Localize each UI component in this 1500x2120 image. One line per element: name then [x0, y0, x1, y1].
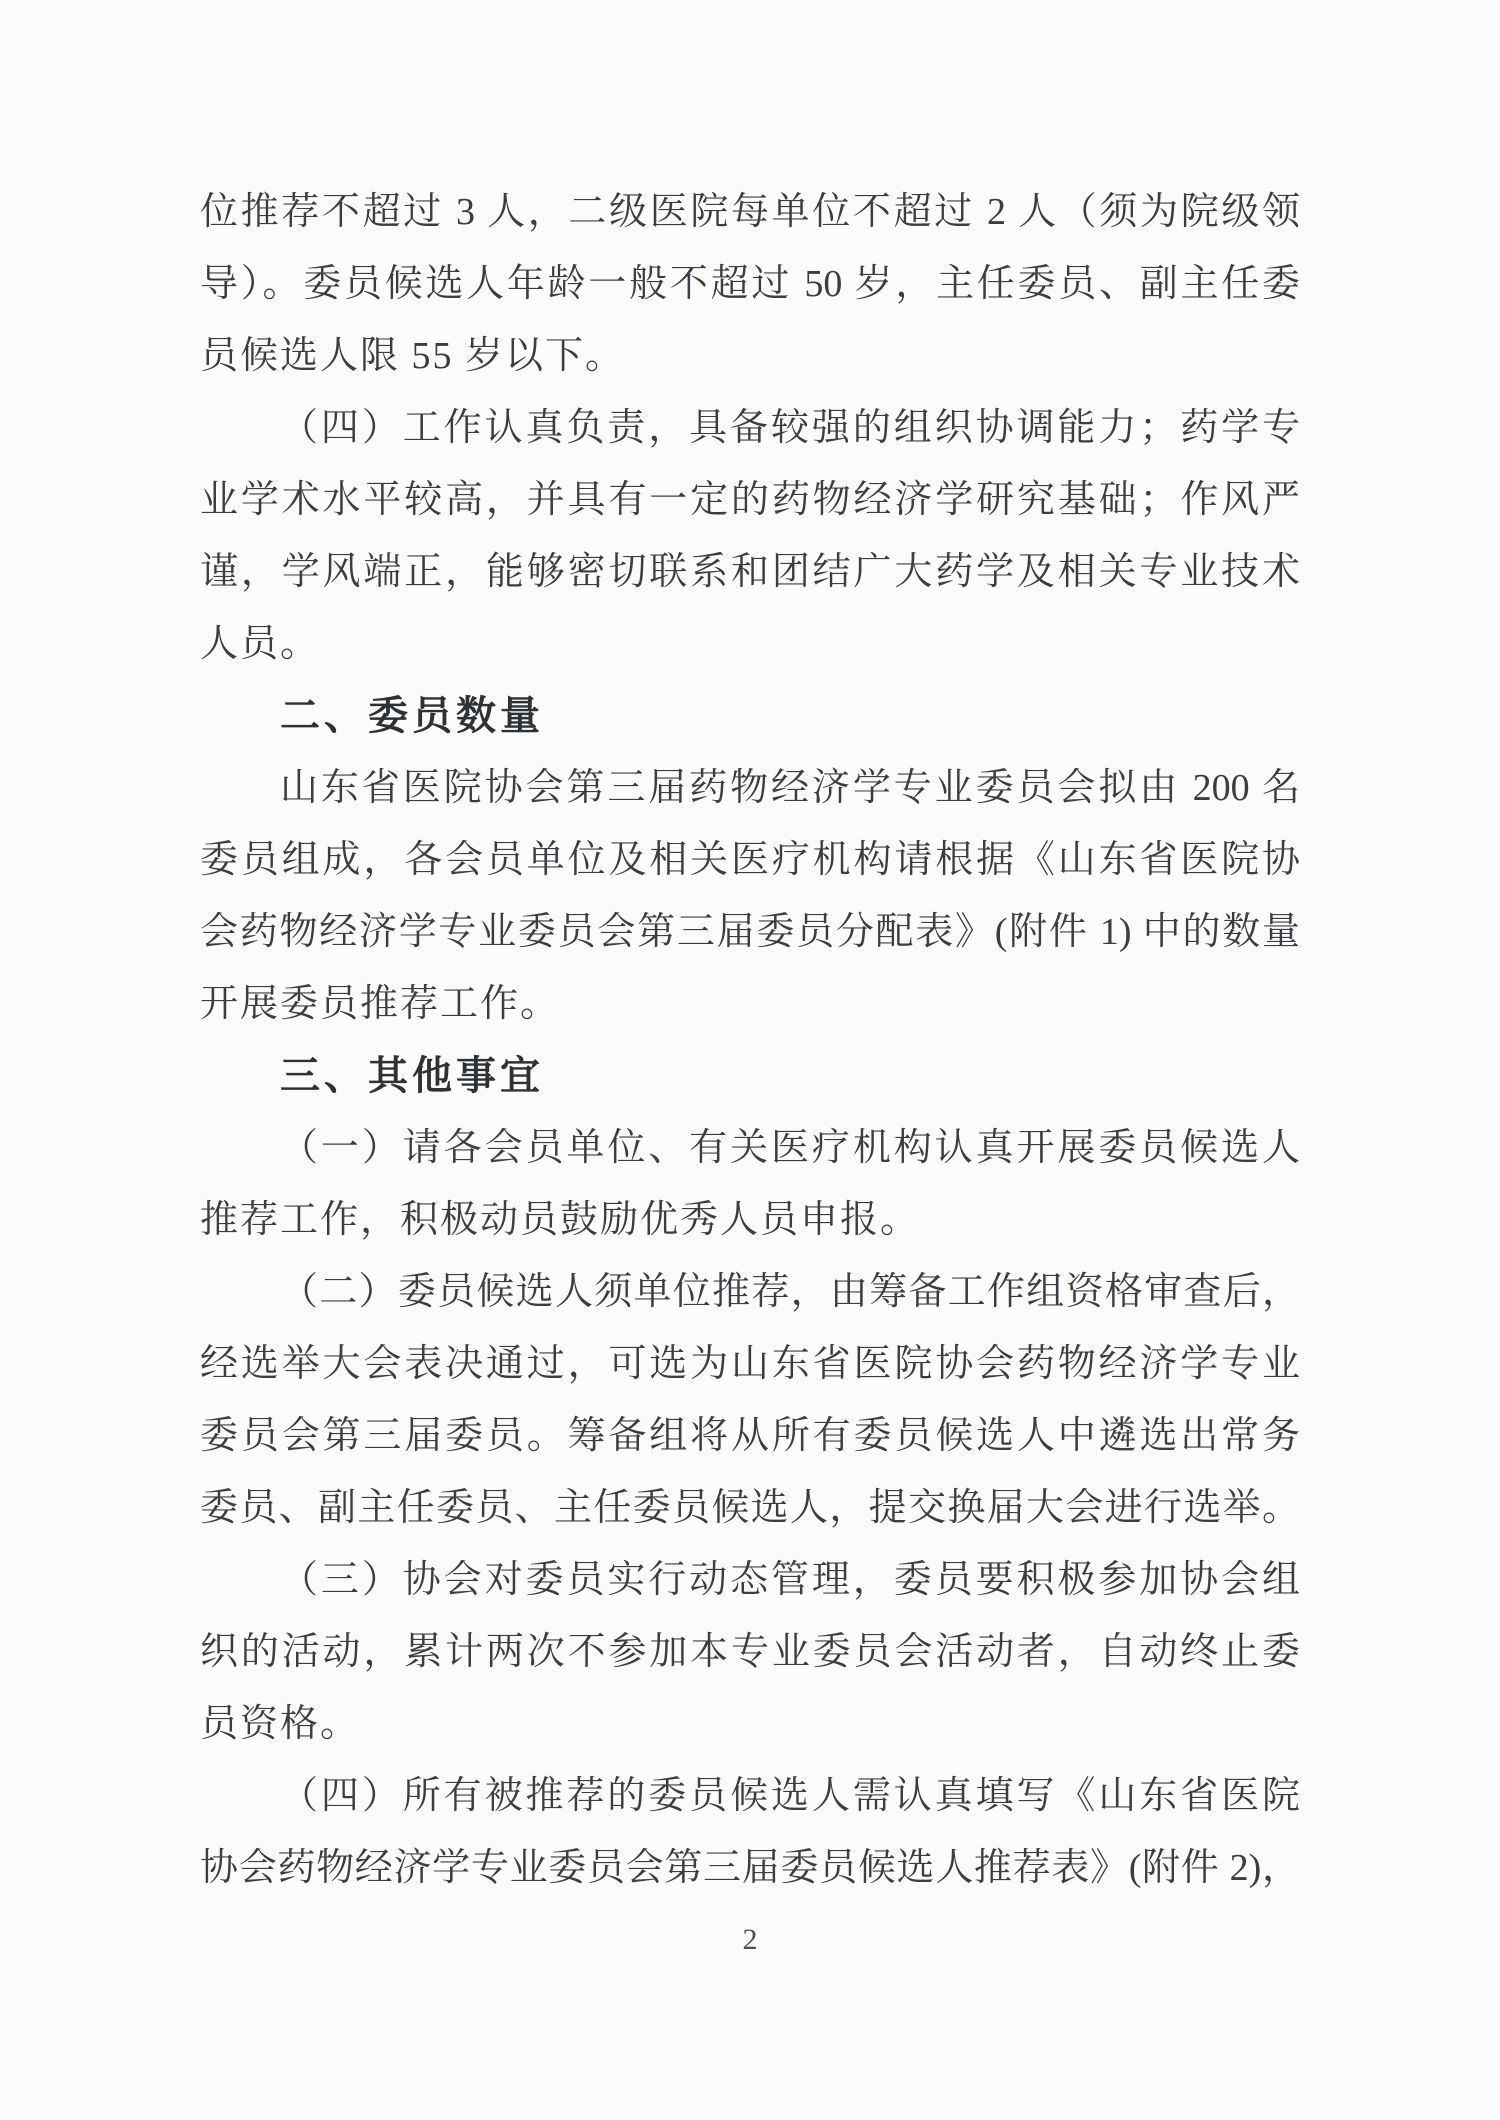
- text-line: 山东省医院协会第三届药物经济学专业委员会拟由 200 名: [200, 752, 1300, 824]
- text-line: （一）请各会员单位、有关医疗机构认真开展委员候选人: [200, 1112, 1300, 1184]
- section-heading: 三、其他事宜: [200, 1040, 1300, 1112]
- text-line: （四）工作认真负责，具备较强的组织协调能力；药学专: [200, 392, 1300, 464]
- text-line: （四）所有被推荐的委员候选人需认真填写《山东省医院: [200, 1760, 1300, 1832]
- text-line: 谨，学风端正，能够密切联系和团结广大药学及相关专业技术: [200, 536, 1300, 608]
- text-line: 推荐工作，积极动员鼓励优秀人员申报。: [200, 1184, 1300, 1256]
- text-line: 协会药物经济学专业委员会第三届委员候选人推荐表》(附件 2)，: [200, 1832, 1300, 1904]
- text-line: 业学术水平较高，并具有一定的药物经济学研究基础；作风严: [200, 464, 1300, 536]
- document-page: 位推荐不超过 3 人，二级医院每单位不超过 2 人（须为院级领导）。委员候选人年…: [0, 0, 1500, 2120]
- document-body: 位推荐不超过 3 人，二级医院每单位不超过 2 人（须为院级领导）。委员候选人年…: [200, 176, 1300, 1904]
- text-line: 员资格。: [200, 1688, 1300, 1760]
- text-line: （二）委员候选人须单位推荐，由筹备工作组资格审查后，: [200, 1256, 1300, 1328]
- section-heading: 二、委员数量: [200, 680, 1300, 752]
- text-line: 员候选人限 55 岁以下。: [200, 320, 1300, 392]
- text-line: 委员会第三届委员。筹备组将从所有委员候选人中遴选出常务: [200, 1400, 1300, 1472]
- text-line: 会药物经济学专业委员会第三届委员分配表》(附件 1) 中的数量: [200, 896, 1300, 968]
- text-line: 人员。: [200, 608, 1300, 680]
- text-line: 开展委员推荐工作。: [200, 968, 1300, 1040]
- text-line: （三）协会对委员实行动态管理，委员要积极参加协会组: [200, 1544, 1300, 1616]
- page-number: 2: [0, 1922, 1500, 1958]
- text-line: 经选举大会表决通过，可选为山东省医院协会药物经济学专业: [200, 1328, 1300, 1400]
- text-line: 导）。委员候选人年龄一般不超过 50 岁，主任委员、副主任委: [200, 248, 1300, 320]
- text-line: 位推荐不超过 3 人，二级医院每单位不超过 2 人（须为院级领: [200, 176, 1300, 248]
- text-line: 委员组成，各会员单位及相关医疗机构请根据《山东省医院协: [200, 824, 1300, 896]
- text-line: 织的活动，累计两次不参加本专业委员会活动者，自动终止委: [200, 1616, 1300, 1688]
- text-line: 委员、副主任委员、主任委员候选人，提交换届大会进行选举。: [200, 1472, 1300, 1544]
